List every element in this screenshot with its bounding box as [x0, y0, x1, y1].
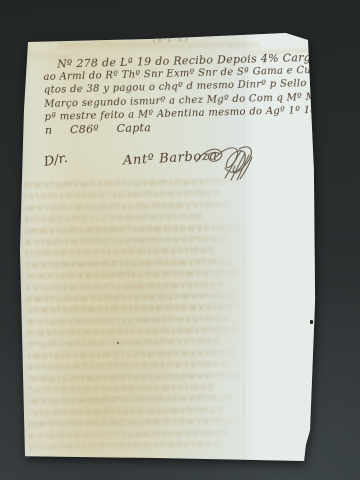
bleedthrough-line: numrevwnsmweuvrnmsnwvmurewmnvuswrenmwvun… [29, 439, 220, 454]
photo-background: numrevwnsmweuvrnmsnwvmurewmnvuswrenmwvun… [0, 0, 360, 480]
pencil-inscription: 16-8-83 [152, 36, 222, 44]
bleedthrough-text: numrevwnsmweuvrnmsnwvmurewmnvuswrenmwvun… [24, 176, 251, 456]
ink-speck [306, 451, 310, 455]
clerk-paraph: D/r. [43, 152, 69, 170]
ink-speck [311, 434, 315, 439]
ink-speck [310, 320, 313, 324]
ink-speck [117, 342, 119, 344]
manuscript-page: numrevwnsmweuvrnmsnwvmurewmnvuswrenmwvun… [18, 30, 316, 464]
document-sheet: numrevwnsmweuvrnmsnwvmurewmnvuswrenmwvun… [18, 30, 316, 464]
letter-text-block: Nº 278 de Lª 19 do Recibo Depois 4% Carg… [43, 51, 313, 137]
